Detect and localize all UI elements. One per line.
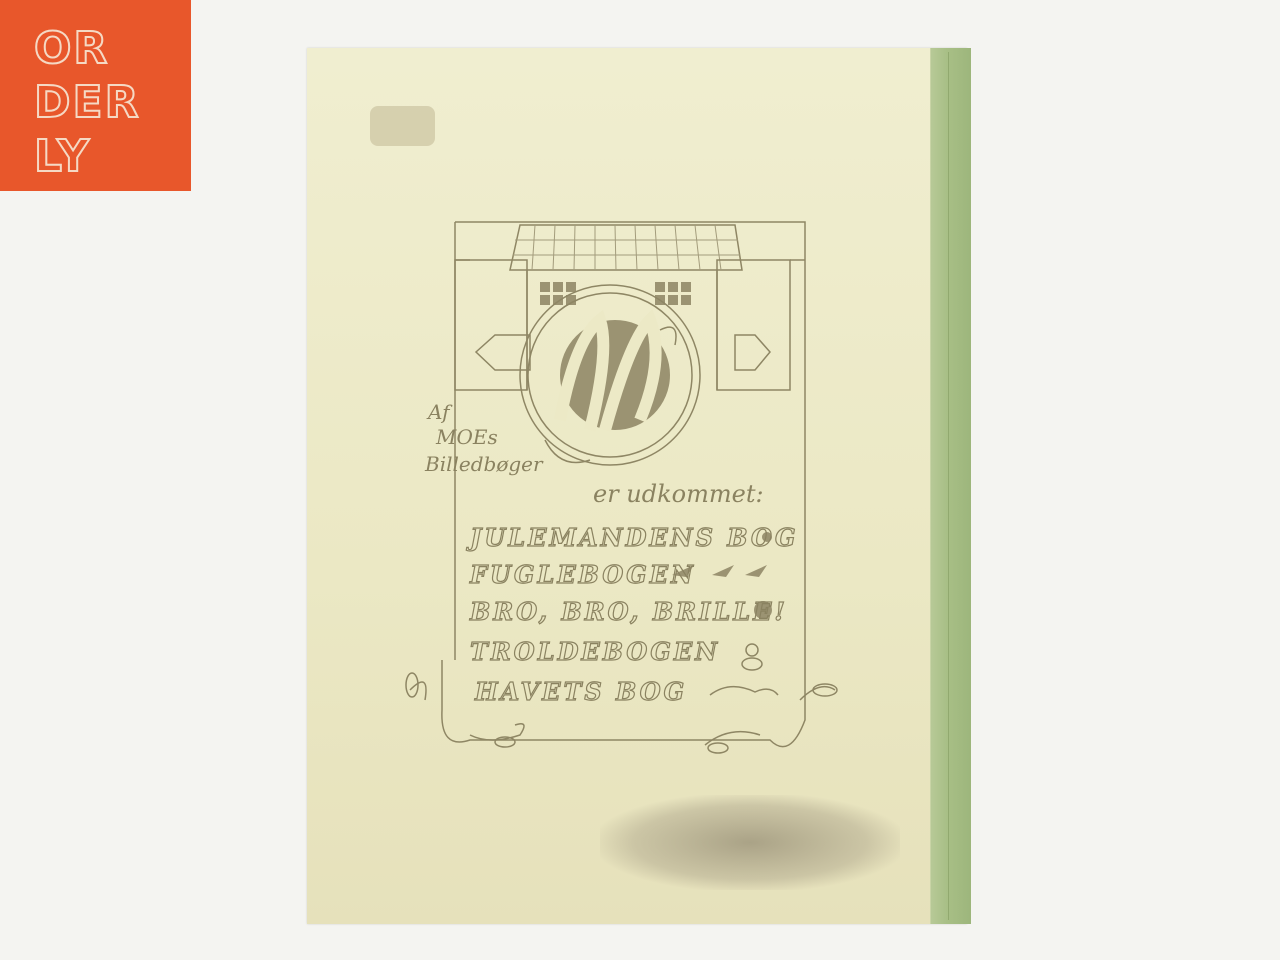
title-julemandens-bog: JULEMANDENS BOG <box>470 523 798 552</box>
title-havets-bog: HAVETS BOG <box>475 677 687 706</box>
title-bro-bro-brille: BRO, BRO, BRILLE! <box>470 597 788 626</box>
intro-moes: MOEs <box>436 425 498 449</box>
intro-af: Af <box>428 402 450 422</box>
troll-icon <box>742 644 762 670</box>
subtitle: er udkommet: <box>593 480 764 508</box>
title-troldebogen: TROLDEBOGEN <box>470 637 720 666</box>
fish-icon <box>710 687 778 695</box>
intro-billedboger: Billedbøger <box>425 452 543 476</box>
title-fuglebogen: FUGLEBOGEN <box>470 560 696 589</box>
ink-smudge <box>600 795 900 890</box>
